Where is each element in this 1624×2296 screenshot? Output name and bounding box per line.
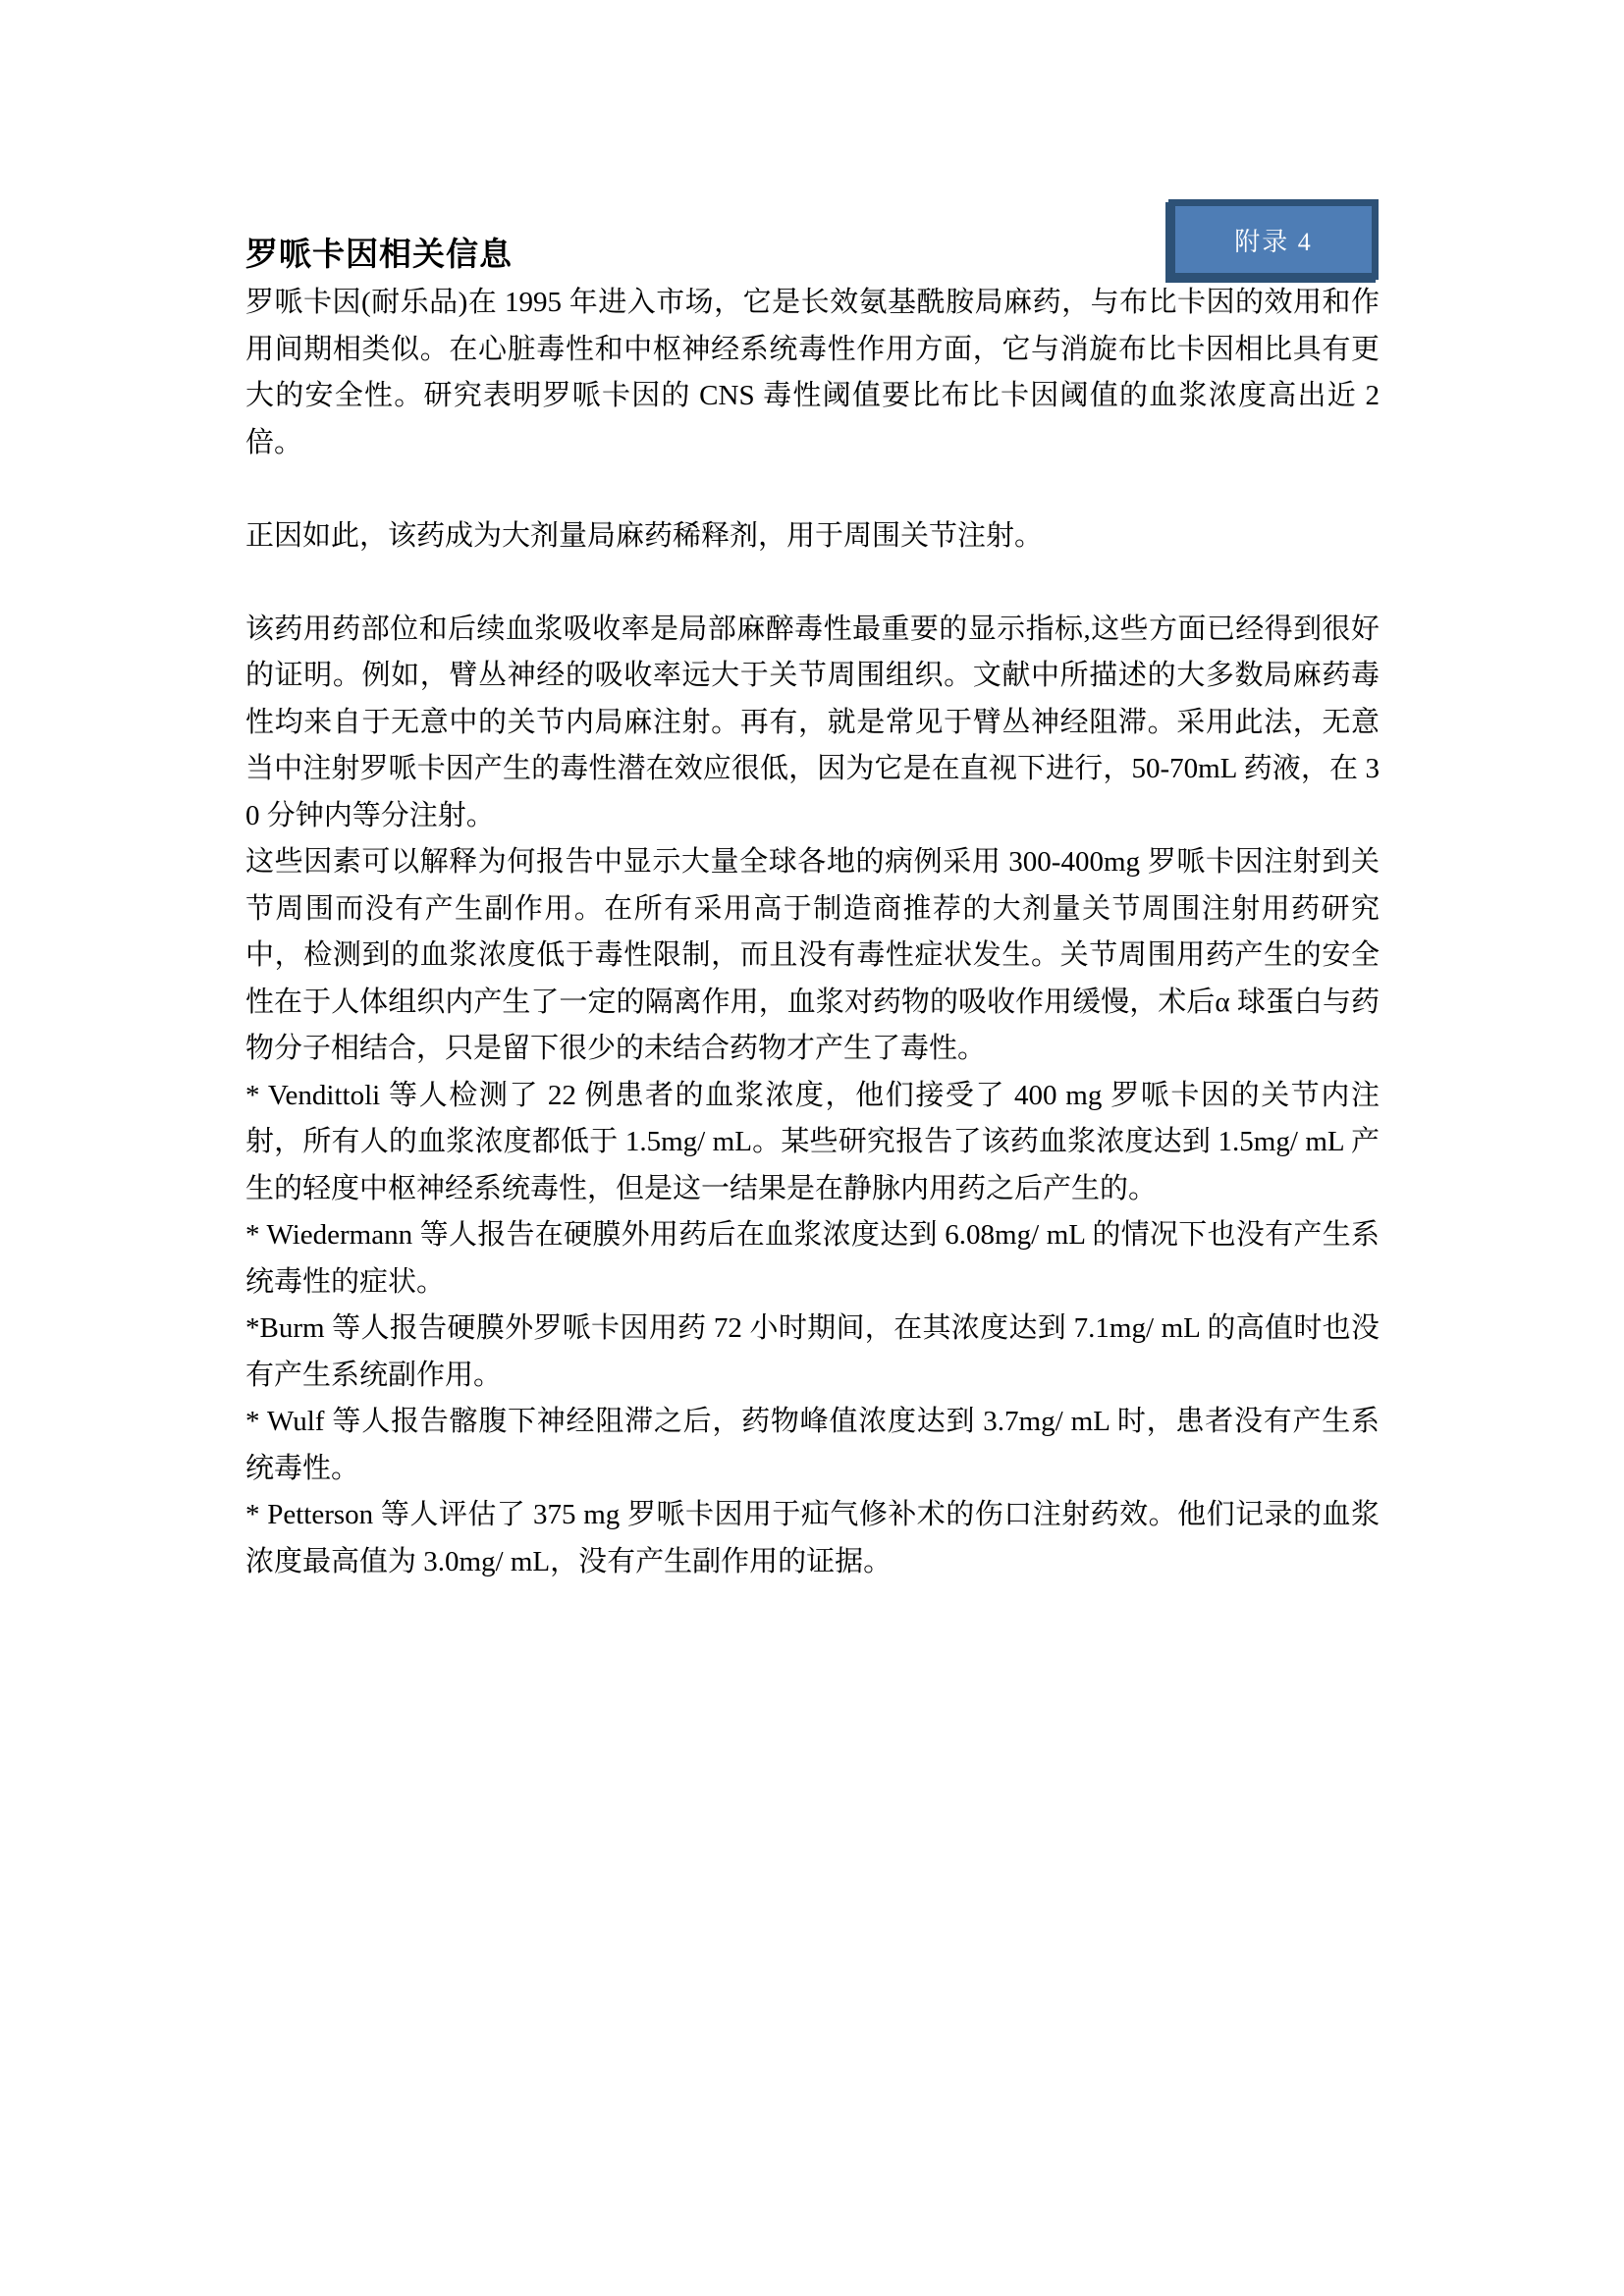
paragraph-burm: *Burm 等人报告硬膜外罗哌卡因用药 72 小时期间，在其浓度达到 7.1mg… bbox=[245, 1306, 1380, 1399]
paragraph-usage: 正因如此，该药成为大剂量局麻药稀释剂，用于周围关节注射。 bbox=[245, 513, 1380, 561]
paragraph-intro: 罗哌卡因(耐乐品)在 1995 年进入市场，它是长效氨基酰胺局麻药，与布比卡因的… bbox=[245, 280, 1380, 466]
paragraph-safety: 这些因素可以解释为何报告中显示大量全球各地的病例采用 300-400mg 罗哌卡… bbox=[245, 839, 1380, 1073]
paragraph-wiedermann: * Wiedermann 等人报告在硬膜外用药后在血浆浓度达到 6.08mg/ … bbox=[245, 1212, 1380, 1306]
page-background: 附录 4 罗哌卡因相关信息 罗哌卡因(耐乐品)在 1995 年进入市场，它是长效… bbox=[0, 0, 1624, 2296]
paragraph-petterson: * Petterson 等人评估了 375 mg 罗哌卡因用于疝气修补术的伤口注… bbox=[245, 1492, 1380, 1585]
document-body: 罗哌卡因相关信息 罗哌卡因(耐乐品)在 1995 年进入市场，它是长效氨基酰胺局… bbox=[245, 232, 1380, 1585]
paragraph-vendittoli: * Vendittoli 等人检测了 22 例患者的血浆浓度，他们接受了 400… bbox=[245, 1073, 1380, 1213]
paragraph-absorption: 该药用药部位和后续血浆吸收率是局部麻醉毒性最重要的显示指标,这些方面已经得到很好… bbox=[245, 607, 1380, 840]
paragraph-wulf: * Wulf 等人报告髂腹下神经阻滞之后，药物峰值浓度达到 3.7mg/ mL … bbox=[245, 1399, 1380, 1492]
page-title: 罗哌卡因相关信息 bbox=[245, 232, 1380, 280]
document-page: { "document": { "appendix_badge": "附录 4"… bbox=[0, 0, 1624, 2296]
